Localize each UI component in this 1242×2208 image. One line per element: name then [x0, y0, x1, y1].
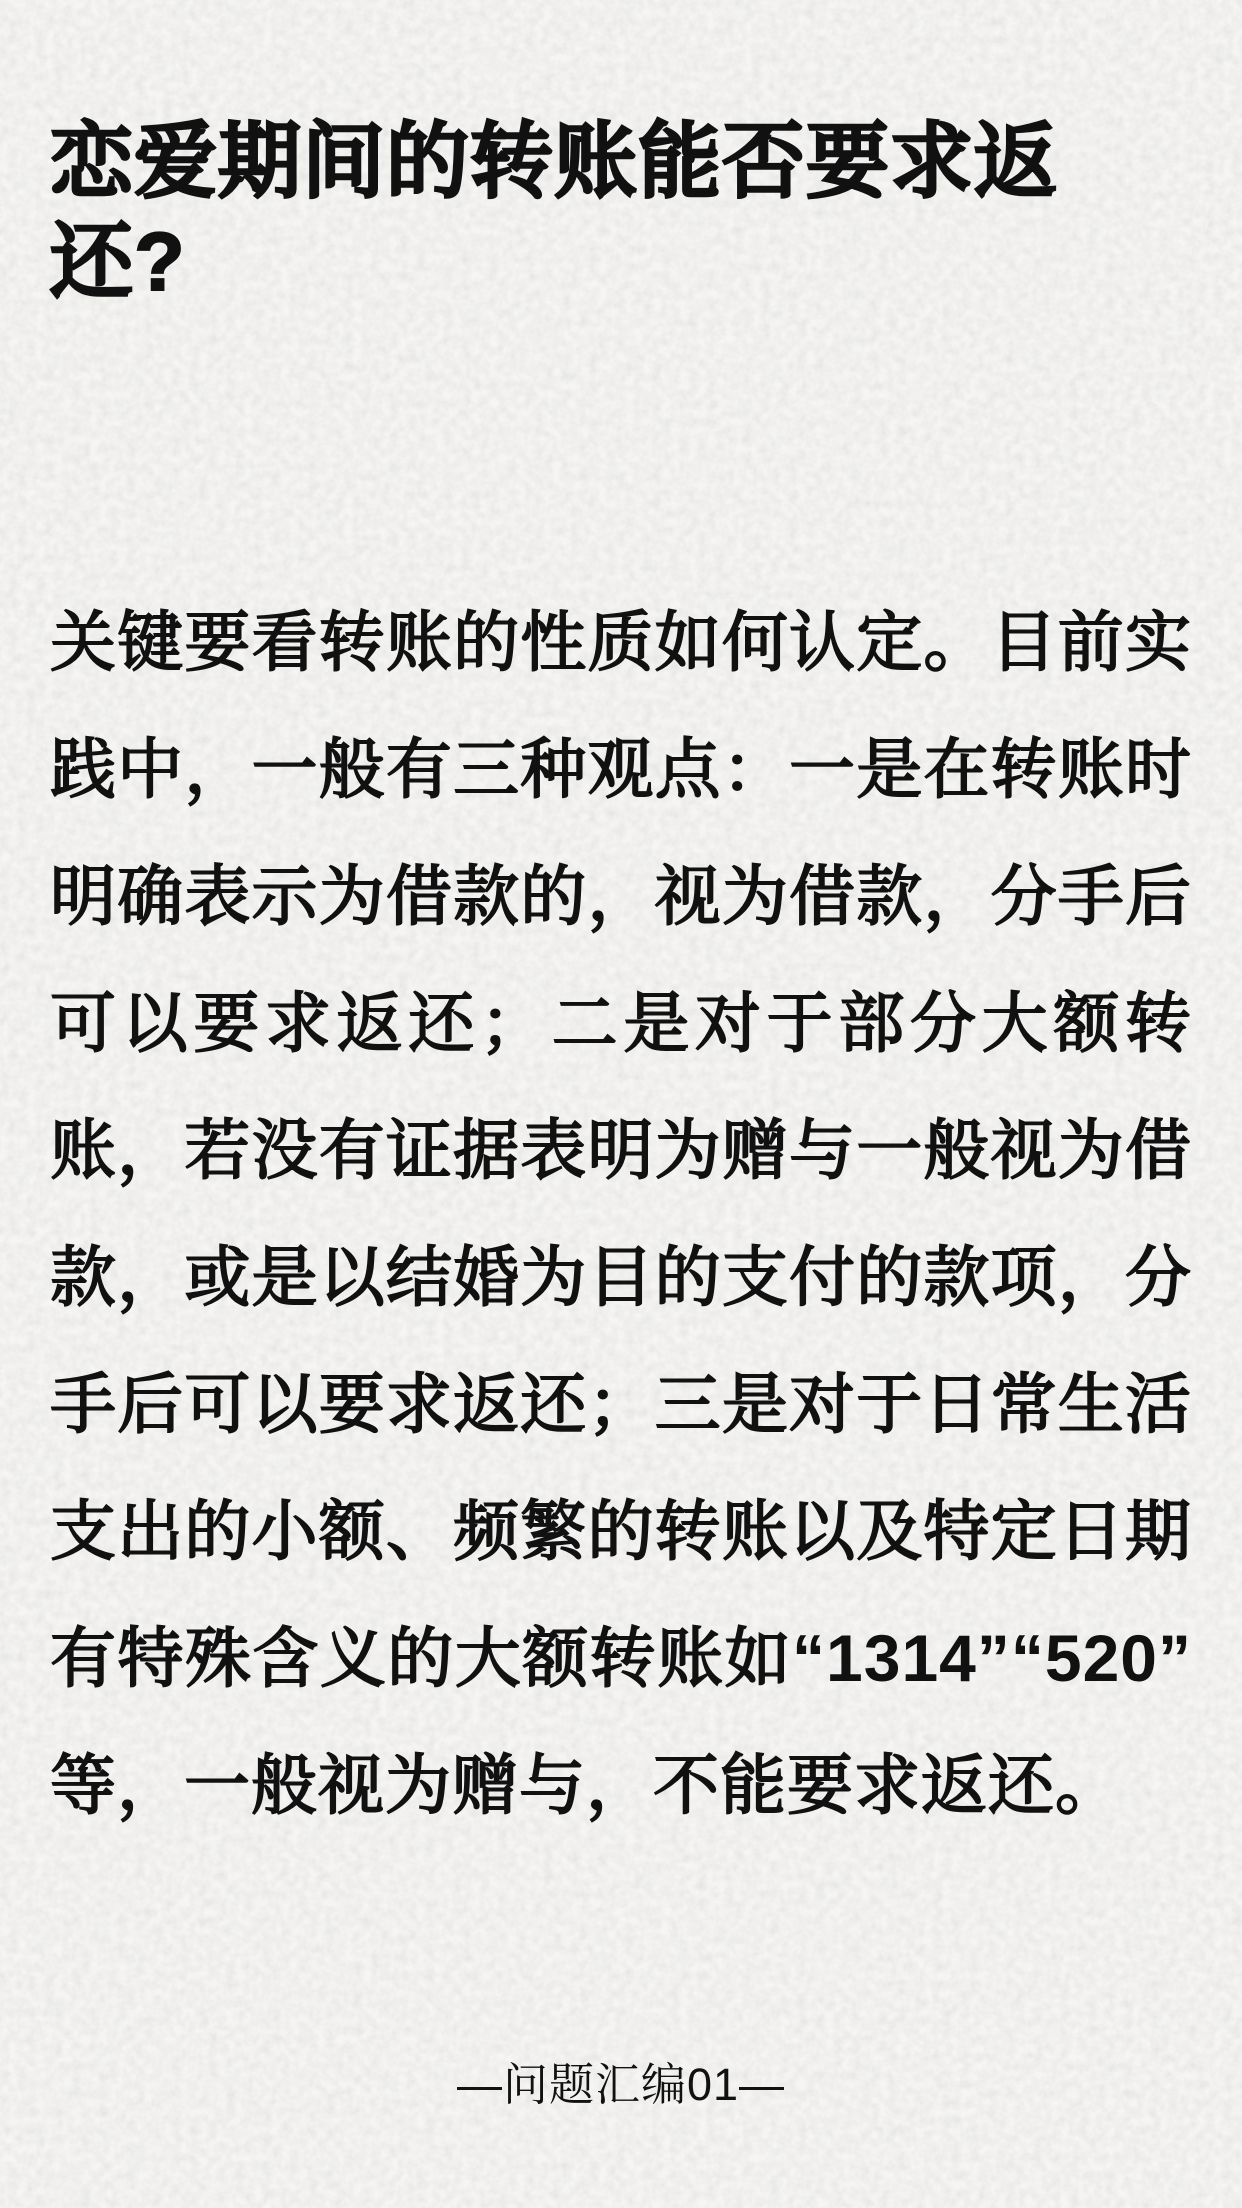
- card-content: 恋爱期间的转账能否要求返还? 关键要看转账的性质如何认定。目前实践中，一般有三种…: [0, 0, 1242, 1849]
- page-title: 恋爱期间的转账能否要求返还?: [50, 112, 1192, 311]
- text-card: 恋爱期间的转账能否要求返还? 关键要看转账的性质如何认定。目前实践中，一般有三种…: [0, 0, 1242, 2208]
- footer-label: —问题汇编01—: [0, 2048, 1242, 2113]
- body-text: 关键要看转账的性质如何认定。目前实践中，一般有三种观点：一是在转账时明确表示为借…: [50, 579, 1192, 1849]
